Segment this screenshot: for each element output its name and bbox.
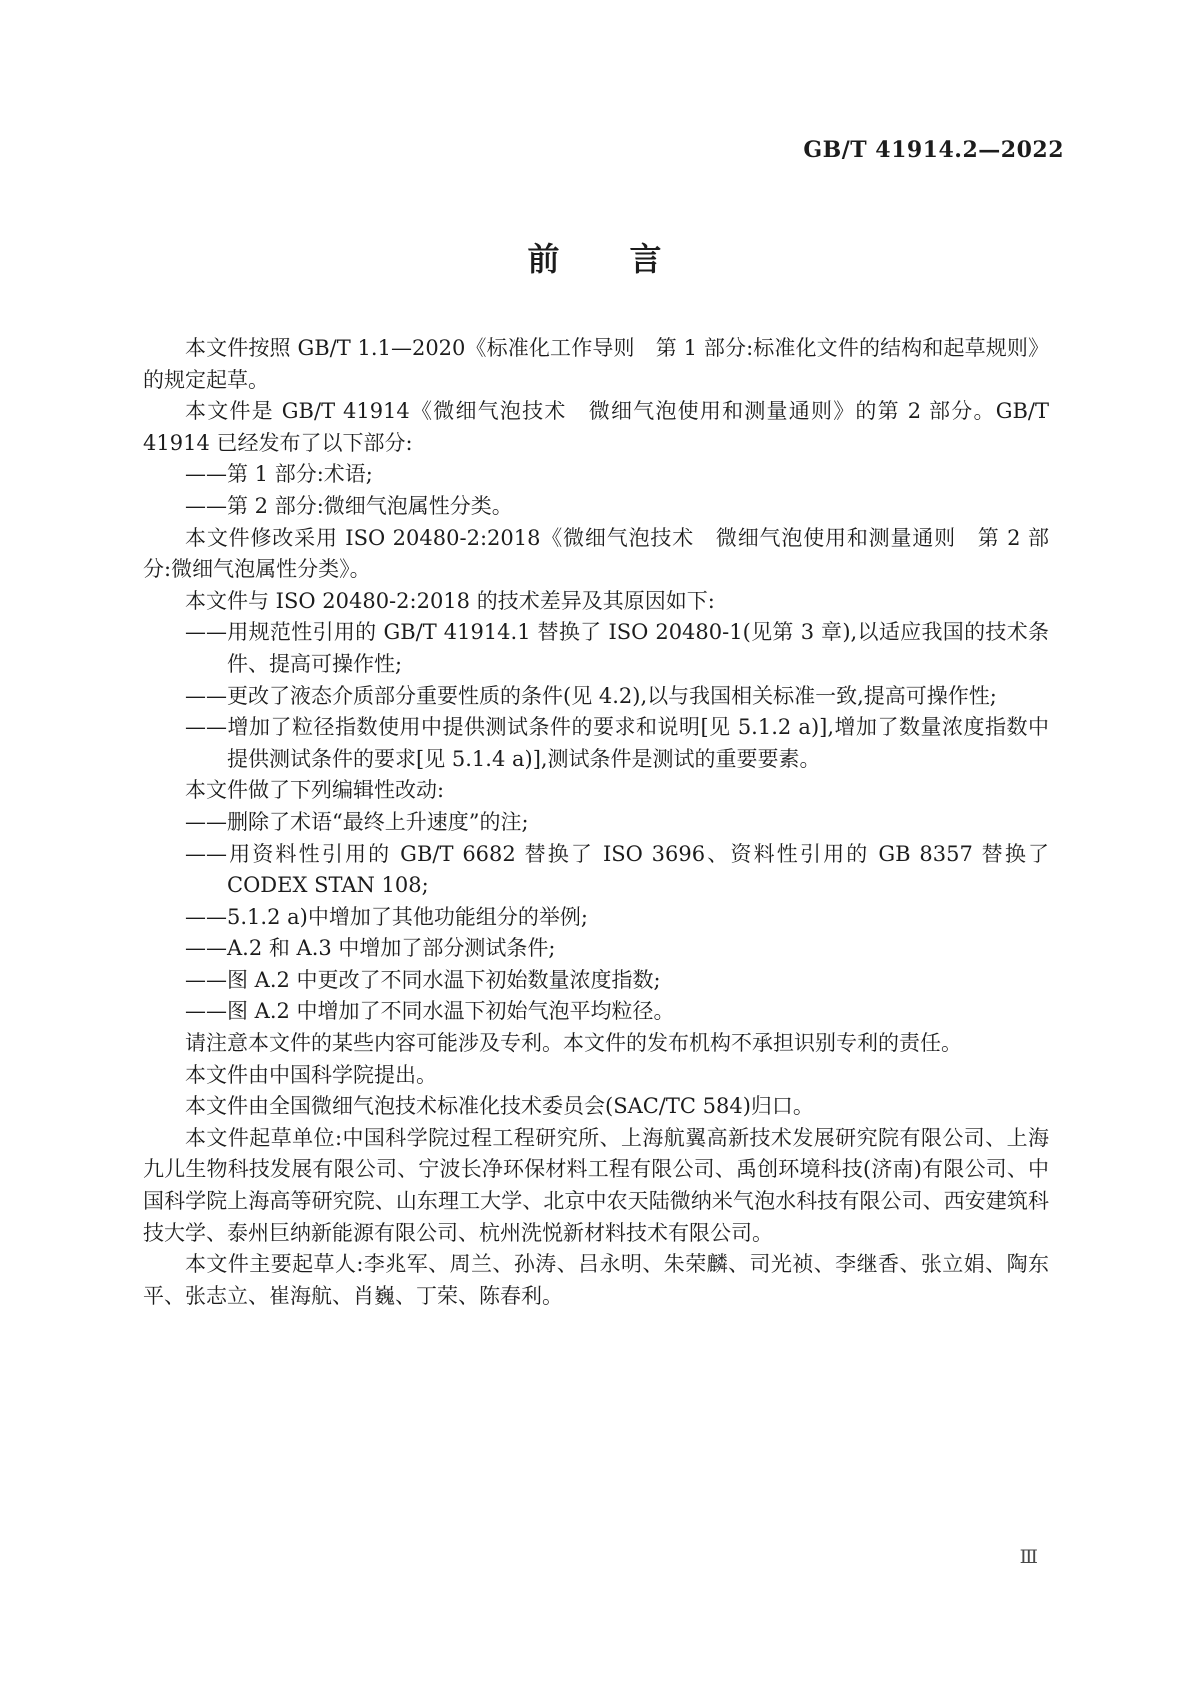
foreword-list-item: ——用规范性引用的 GB/T 41914.1 替换了 ISO 20480-1(见… [143, 617, 1049, 680]
foreword-paragraph: 本文件做了下列编辑性改动: [143, 775, 1049, 807]
foreword-list-item: ——用资料性引用的 GB/T 6682 替换了 ISO 3696、资料性引用的 … [143, 839, 1049, 902]
foreword-paragraph: 本文件按照 GB/T 1.1—2020《标准化工作导则 第 1 部分:标准化文件… [143, 333, 1049, 396]
foreword-body: 本文件按照 GB/T 1.1—2020《标准化工作导则 第 1 部分:标准化文件… [143, 333, 1049, 1312]
foreword-list-item: ——A.2 和 A.3 中增加了部分测试条件; [143, 933, 1049, 965]
page-number: Ⅲ [1020, 1546, 1039, 1568]
document-page: GB/T 41914.2—2022 前 言 本文件按照 GB/T 1.1—202… [0, 0, 1191, 1684]
foreword-list-item: ——第 2 部分:微细气泡属性分类。 [143, 491, 1049, 523]
foreword-paragraph: 本文件由中国科学院提出。 [143, 1060, 1049, 1092]
foreword-paragraph: 本文件起草单位:中国科学院过程工程研究所、上海航翼高新技术发展研究院有限公司、上… [143, 1123, 1049, 1249]
foreword-paragraph: 本文件是 GB/T 41914《微细气泡技术 微细气泡使用和测量通则》的第 2 … [143, 396, 1049, 459]
foreword-paragraph: 本文件由全国微细气泡技术标准化技术委员会(SAC/TC 584)归口。 [143, 1091, 1049, 1123]
foreword-list-item: ——5.1.2 a)中增加了其他功能组分的举例; [143, 902, 1049, 934]
foreword-paragraph: 本文件与 ISO 20480-2:2018 的技术差异及其原因如下: [143, 586, 1049, 618]
foreword-paragraph: 本文件修改采用 ISO 20480-2:2018《微细气泡技术 微细气泡使用和测… [143, 523, 1049, 586]
foreword-list-item: ——删除了术语“最终上升速度”的注; [143, 807, 1049, 839]
foreword-list-item: ——第 1 部分:术语; [143, 459, 1049, 491]
foreword-list-item: ——图 A.2 中更改了不同水温下初始数量浓度指数; [143, 965, 1049, 997]
page-title: 前 言 [0, 234, 1191, 280]
foreword-paragraph: 本文件主要起草人:李兆军、周兰、孙涛、吕永明、朱荣麟、司光祯、李继香、张立娟、陶… [143, 1249, 1049, 1312]
foreword-list-item: ——更改了液态介质部分重要性质的条件(见 4.2),以与我国相关标准一致,提高可… [143, 681, 1049, 713]
foreword-paragraph: 请注意本文件的某些内容可能涉及专利。本文件的发布机构不承担识别专利的责任。 [143, 1028, 1049, 1060]
foreword-list-item: ——图 A.2 中增加了不同水温下初始气泡平均粒径。 [143, 996, 1049, 1028]
standard-code: GB/T 41914.2—2022 [803, 137, 1064, 163]
foreword-list-item: ——增加了粒径指数使用中提供测试条件的要求和说明[见 5.1.2 a)],增加了… [143, 712, 1049, 775]
